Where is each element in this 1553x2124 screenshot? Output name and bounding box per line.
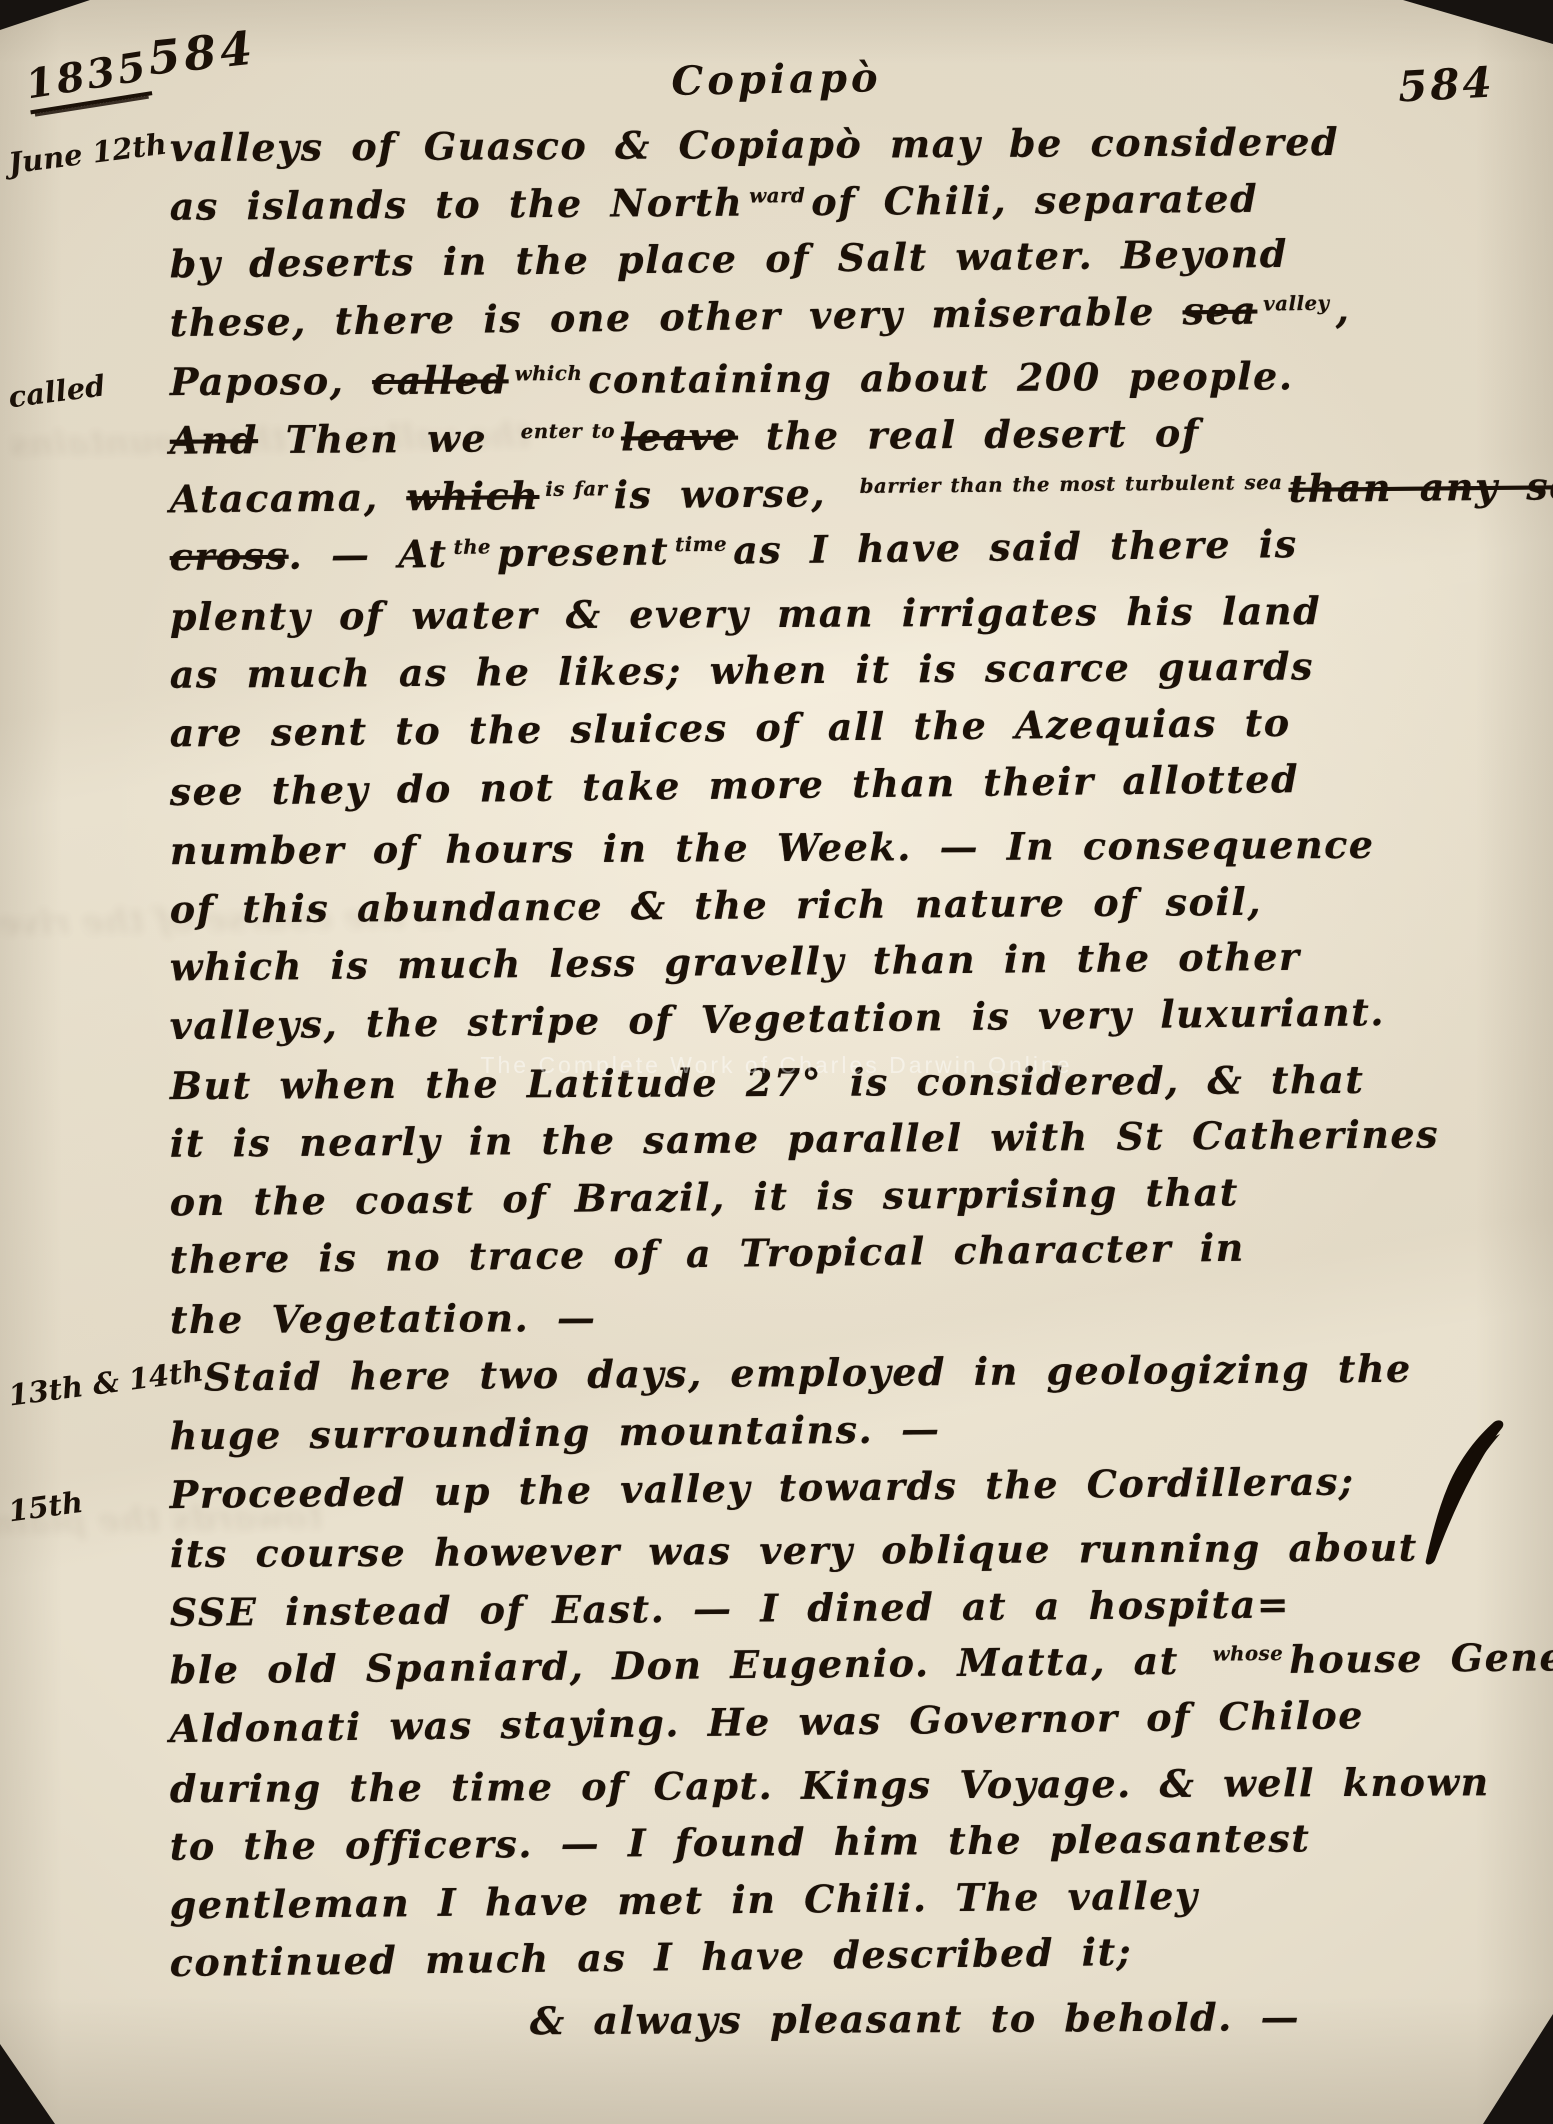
handwritten-text: valleys, the stripe of Vegetation is ver… — [169, 989, 1385, 1048]
handwritten-text: Aldonati was staying. He was Governor of… — [169, 1692, 1364, 1751]
margin-date-label — [5, 2035, 170, 2056]
handwritten-text: & always pleasant to behold. — — [530, 1994, 1300, 2043]
handwritten-text: these, there is one other very miserable… — [169, 286, 1350, 345]
handwritten-text: see they do not take more than their all… — [169, 755, 1299, 813]
manuscript-page: the valley of the mountains in the cours… — [0, 0, 1553, 2124]
handwritten-text: cross. — Atthepresenttimeas I have said … — [169, 521, 1297, 579]
ink-blot — [1408, 1418, 1518, 1568]
photo-corner-shadow — [1403, 0, 1553, 44]
manuscript-body: June 12thvalleys of Guasco & Copiapò may… — [4, 112, 1527, 2046]
handwritten-text: there is no trace of a Tropical characte… — [169, 1225, 1245, 1282]
photo-corner-shadow — [0, 2044, 55, 2124]
manuscript-line: & always pleasant to behold. — — [4, 1979, 1527, 2046]
photo-corner-shadow — [0, 0, 90, 30]
handwritten-text: Proceeded up the valley towards the Cord… — [169, 1458, 1354, 1517]
handwritten-text: continued much as I have described it; — [169, 1929, 1132, 1985]
handwritten-text: the Vegetation. — — [170, 1294, 597, 1341]
